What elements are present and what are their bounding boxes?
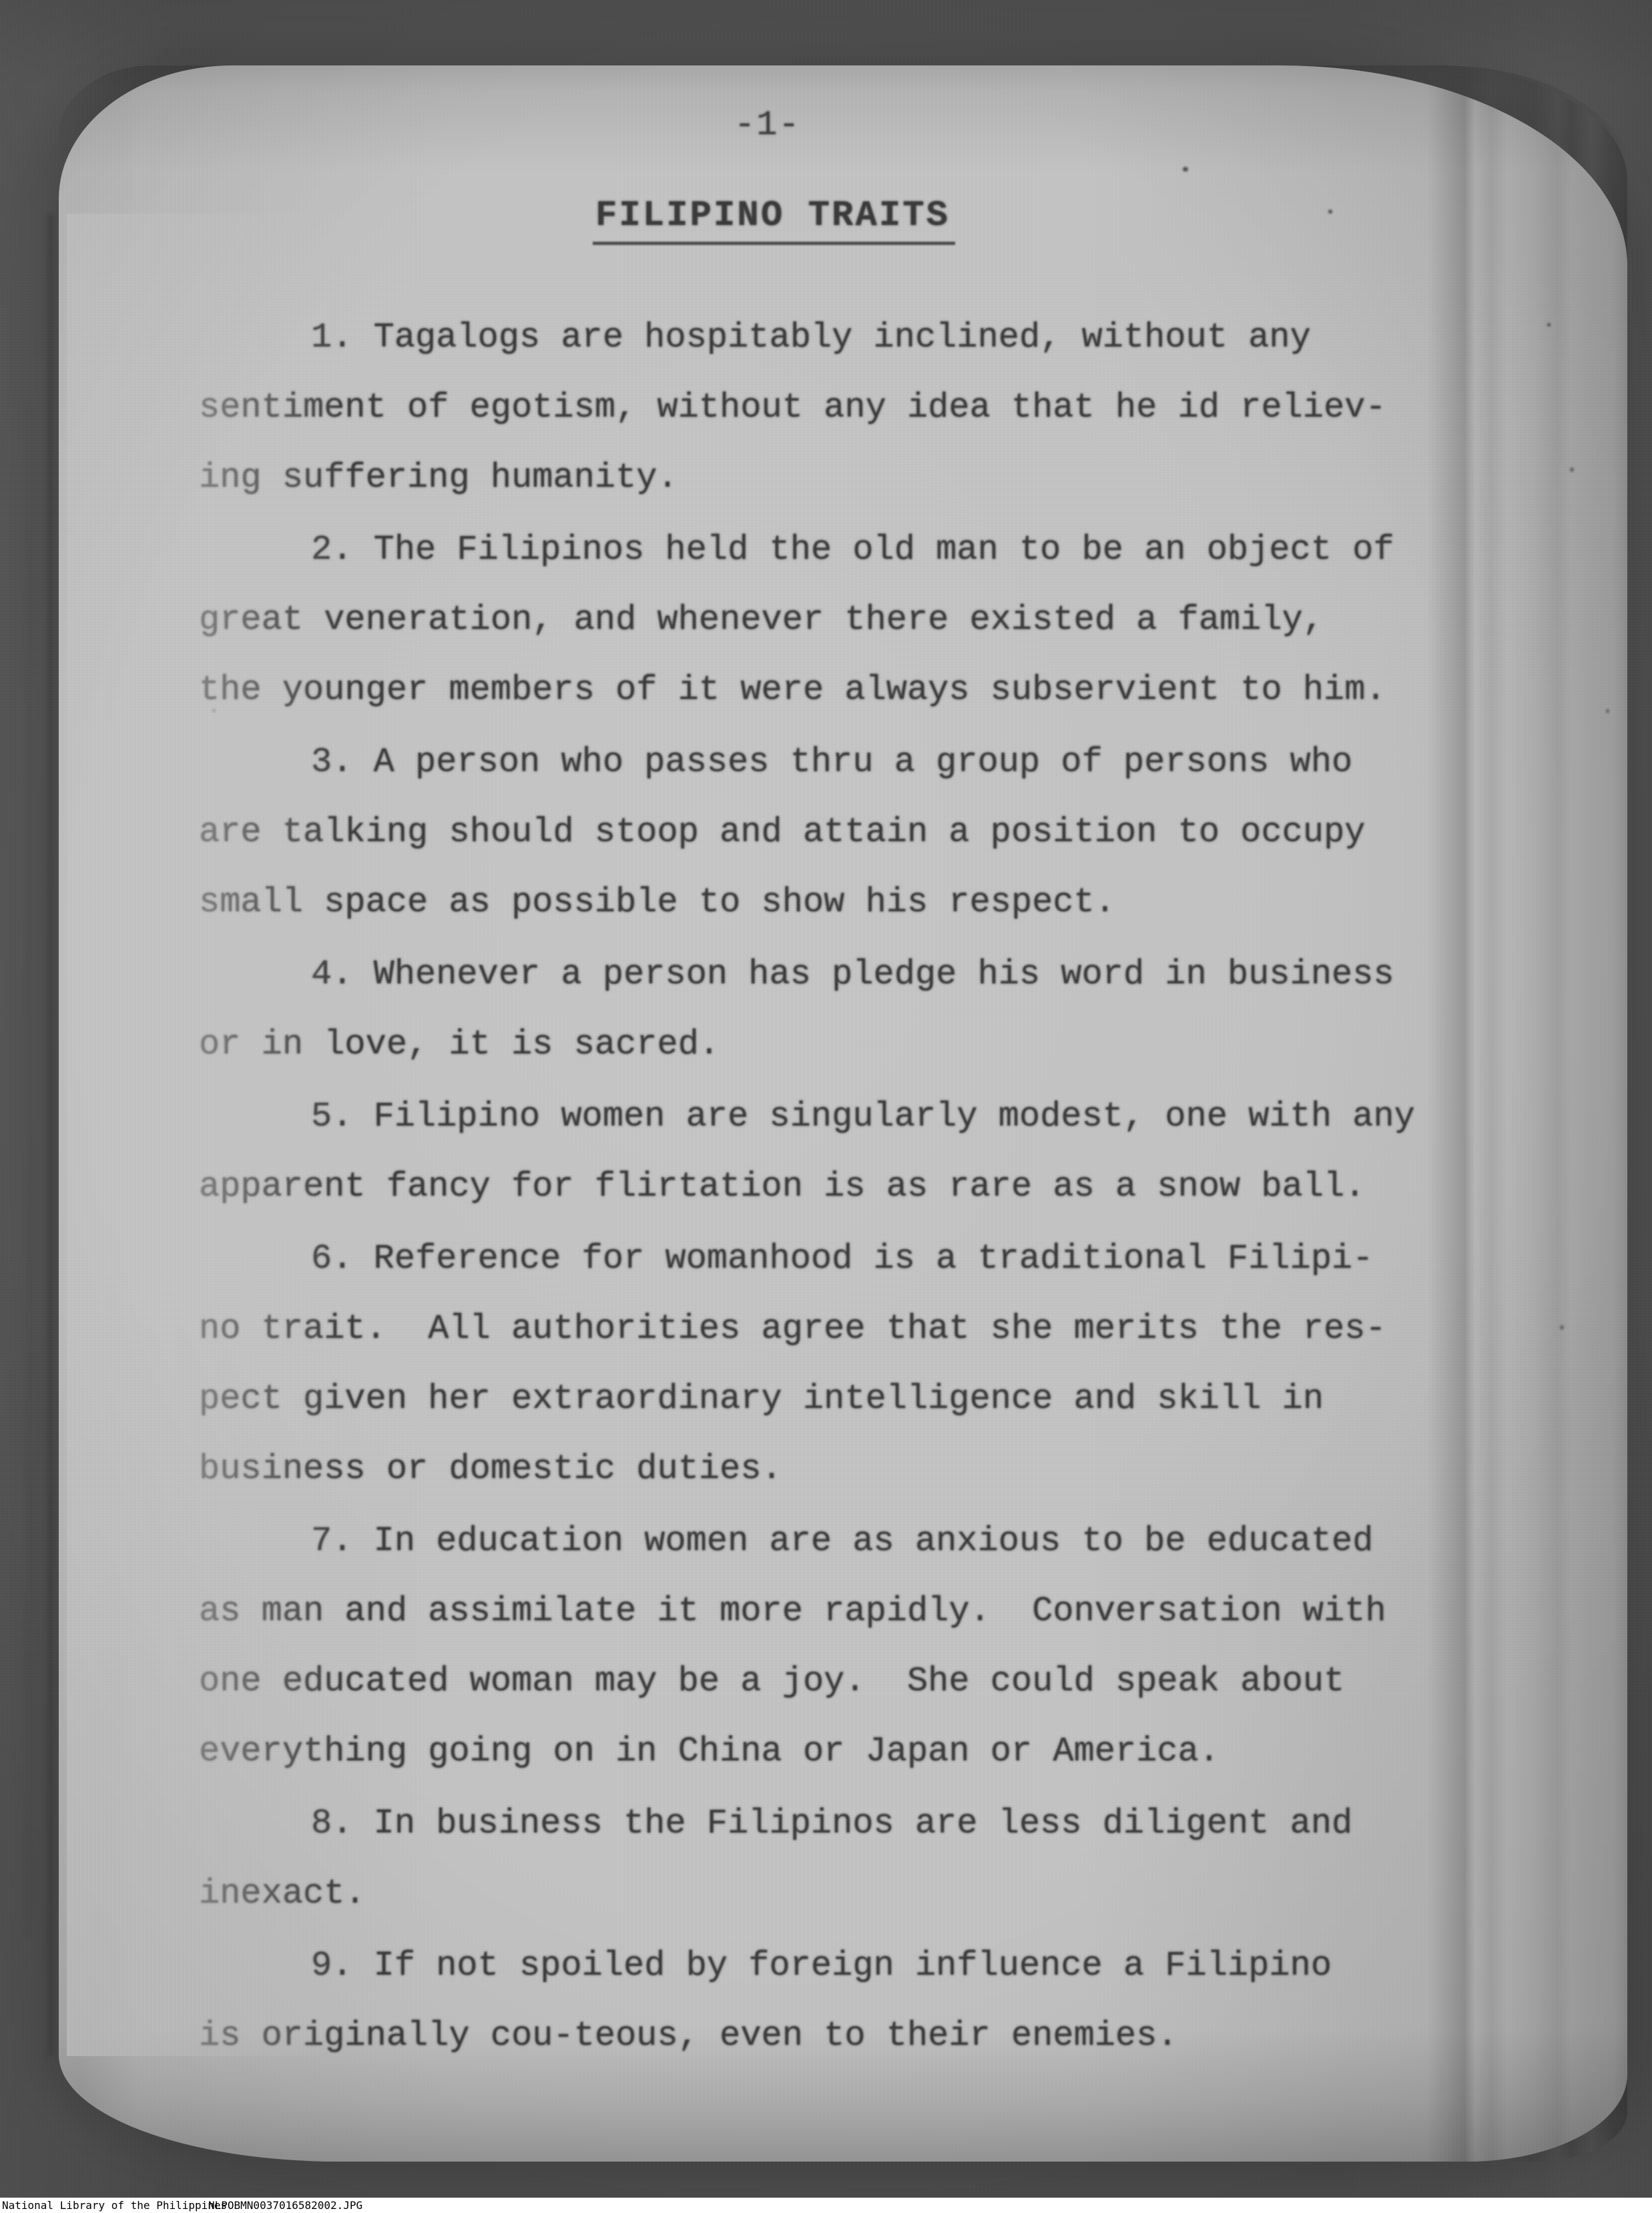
document-title: FILIPINO TRAITS xyxy=(593,196,955,245)
text-line: ing suffering humanity. xyxy=(199,443,1487,513)
text-line: the younger members of it were always su… xyxy=(199,655,1487,725)
text-line: small space as possible to show his resp… xyxy=(199,867,1487,937)
paragraph: 5. Filipino women are singularly modest,… xyxy=(199,1081,1487,1222)
page-number: -1- xyxy=(734,105,801,145)
attribution-bar: National Library of the Philippines NLPO… xyxy=(0,2198,1652,2213)
text-line: sentiment of egotism, without any idea t… xyxy=(199,373,1487,443)
text-line: 8. In business the Filipinos are less di… xyxy=(199,1788,1487,1859)
text-line: everything going on in China or Japan or… xyxy=(199,1716,1487,1786)
dust-speck xyxy=(1183,167,1188,172)
paragraph: 6. Reference for womanhood is a traditio… xyxy=(199,1224,1487,1504)
text-line: inexact. xyxy=(199,1859,1487,1929)
dust-speck xyxy=(1570,467,1574,472)
text-line: is originally cou-teous, even to their e… xyxy=(199,2001,1487,2071)
scanned-document-photo: { "document": { "page_number": "-1-", "t… xyxy=(0,0,1652,2213)
dust-speck xyxy=(1560,1325,1564,1330)
text-line: pect given her extraordinary intelligenc… xyxy=(199,1364,1487,1434)
text-line: 5. Filipino women are singularly modest,… xyxy=(199,1081,1487,1152)
text-line: no trait. All authorities agree that she… xyxy=(199,1294,1487,1364)
paragraph: 8. In business the Filipinos are less di… xyxy=(199,1788,1487,1929)
book-left-edge-shadow xyxy=(27,401,32,1936)
text-line: 4. Whenever a person has pledge his word… xyxy=(199,939,1487,1009)
text-line: one educated woman may be a joy. She cou… xyxy=(199,1646,1487,1716)
page-top-shading xyxy=(59,65,1627,172)
dust-speck xyxy=(1547,323,1551,326)
text-line: 3. A person who passes thru a group of p… xyxy=(199,727,1487,797)
text-line: as man and assimilate it more rapidly. C… xyxy=(199,1576,1487,1646)
document-page: -1- FILIPINO TRAITS 1. Tagalogs are hosp… xyxy=(59,65,1627,2162)
text-line: apparent fancy for flirtation is as rare… xyxy=(199,1152,1487,1222)
text-line: 6. Reference for womanhood is a traditio… xyxy=(199,1224,1487,1294)
library-name: National Library of the Philippines xyxy=(2,2198,227,2213)
text-line: or in love, it is sacred. xyxy=(199,1009,1487,1079)
text-line: 1. Tagalogs are hospitably inclined, wit… xyxy=(199,302,1487,373)
dust-speck xyxy=(1606,709,1609,713)
file-name: NLPOBMN0037016582002.JPG xyxy=(208,2198,362,2213)
paragraph: 4. Whenever a person has pledge his word… xyxy=(199,939,1487,1079)
paragraph: 1. Tagalogs are hospitably inclined, wit… xyxy=(199,302,1487,513)
text-line: great veneration, and whenever there exi… xyxy=(199,585,1487,655)
paragraph: 3. A person who passes thru a group of p… xyxy=(199,727,1487,937)
text-line: 2. The Filipinos held the old man to be … xyxy=(199,515,1487,585)
text-line: are talking should stoop and attain a po… xyxy=(199,797,1487,867)
text-line: 9. If not spoiled by foreign influence a… xyxy=(199,1931,1487,2001)
typewritten-text: 1. Tagalogs are hospitably inclined, wit… xyxy=(199,302,1487,2073)
dust-speck xyxy=(992,967,995,970)
paragraph: 2. The Filipinos held the old man to be … xyxy=(199,515,1487,725)
dust-speck xyxy=(212,709,216,712)
paragraph: 7. In education women are as anxious to … xyxy=(199,1506,1487,1786)
book-left-edge xyxy=(45,214,56,2056)
text-line: 7. In education women are as anxious to … xyxy=(199,1506,1487,1576)
dust-speck xyxy=(1328,210,1332,214)
text-line: business or domestic duties. xyxy=(199,1434,1487,1504)
paragraph: 9. If not spoiled by foreign influence a… xyxy=(199,1931,1487,2071)
